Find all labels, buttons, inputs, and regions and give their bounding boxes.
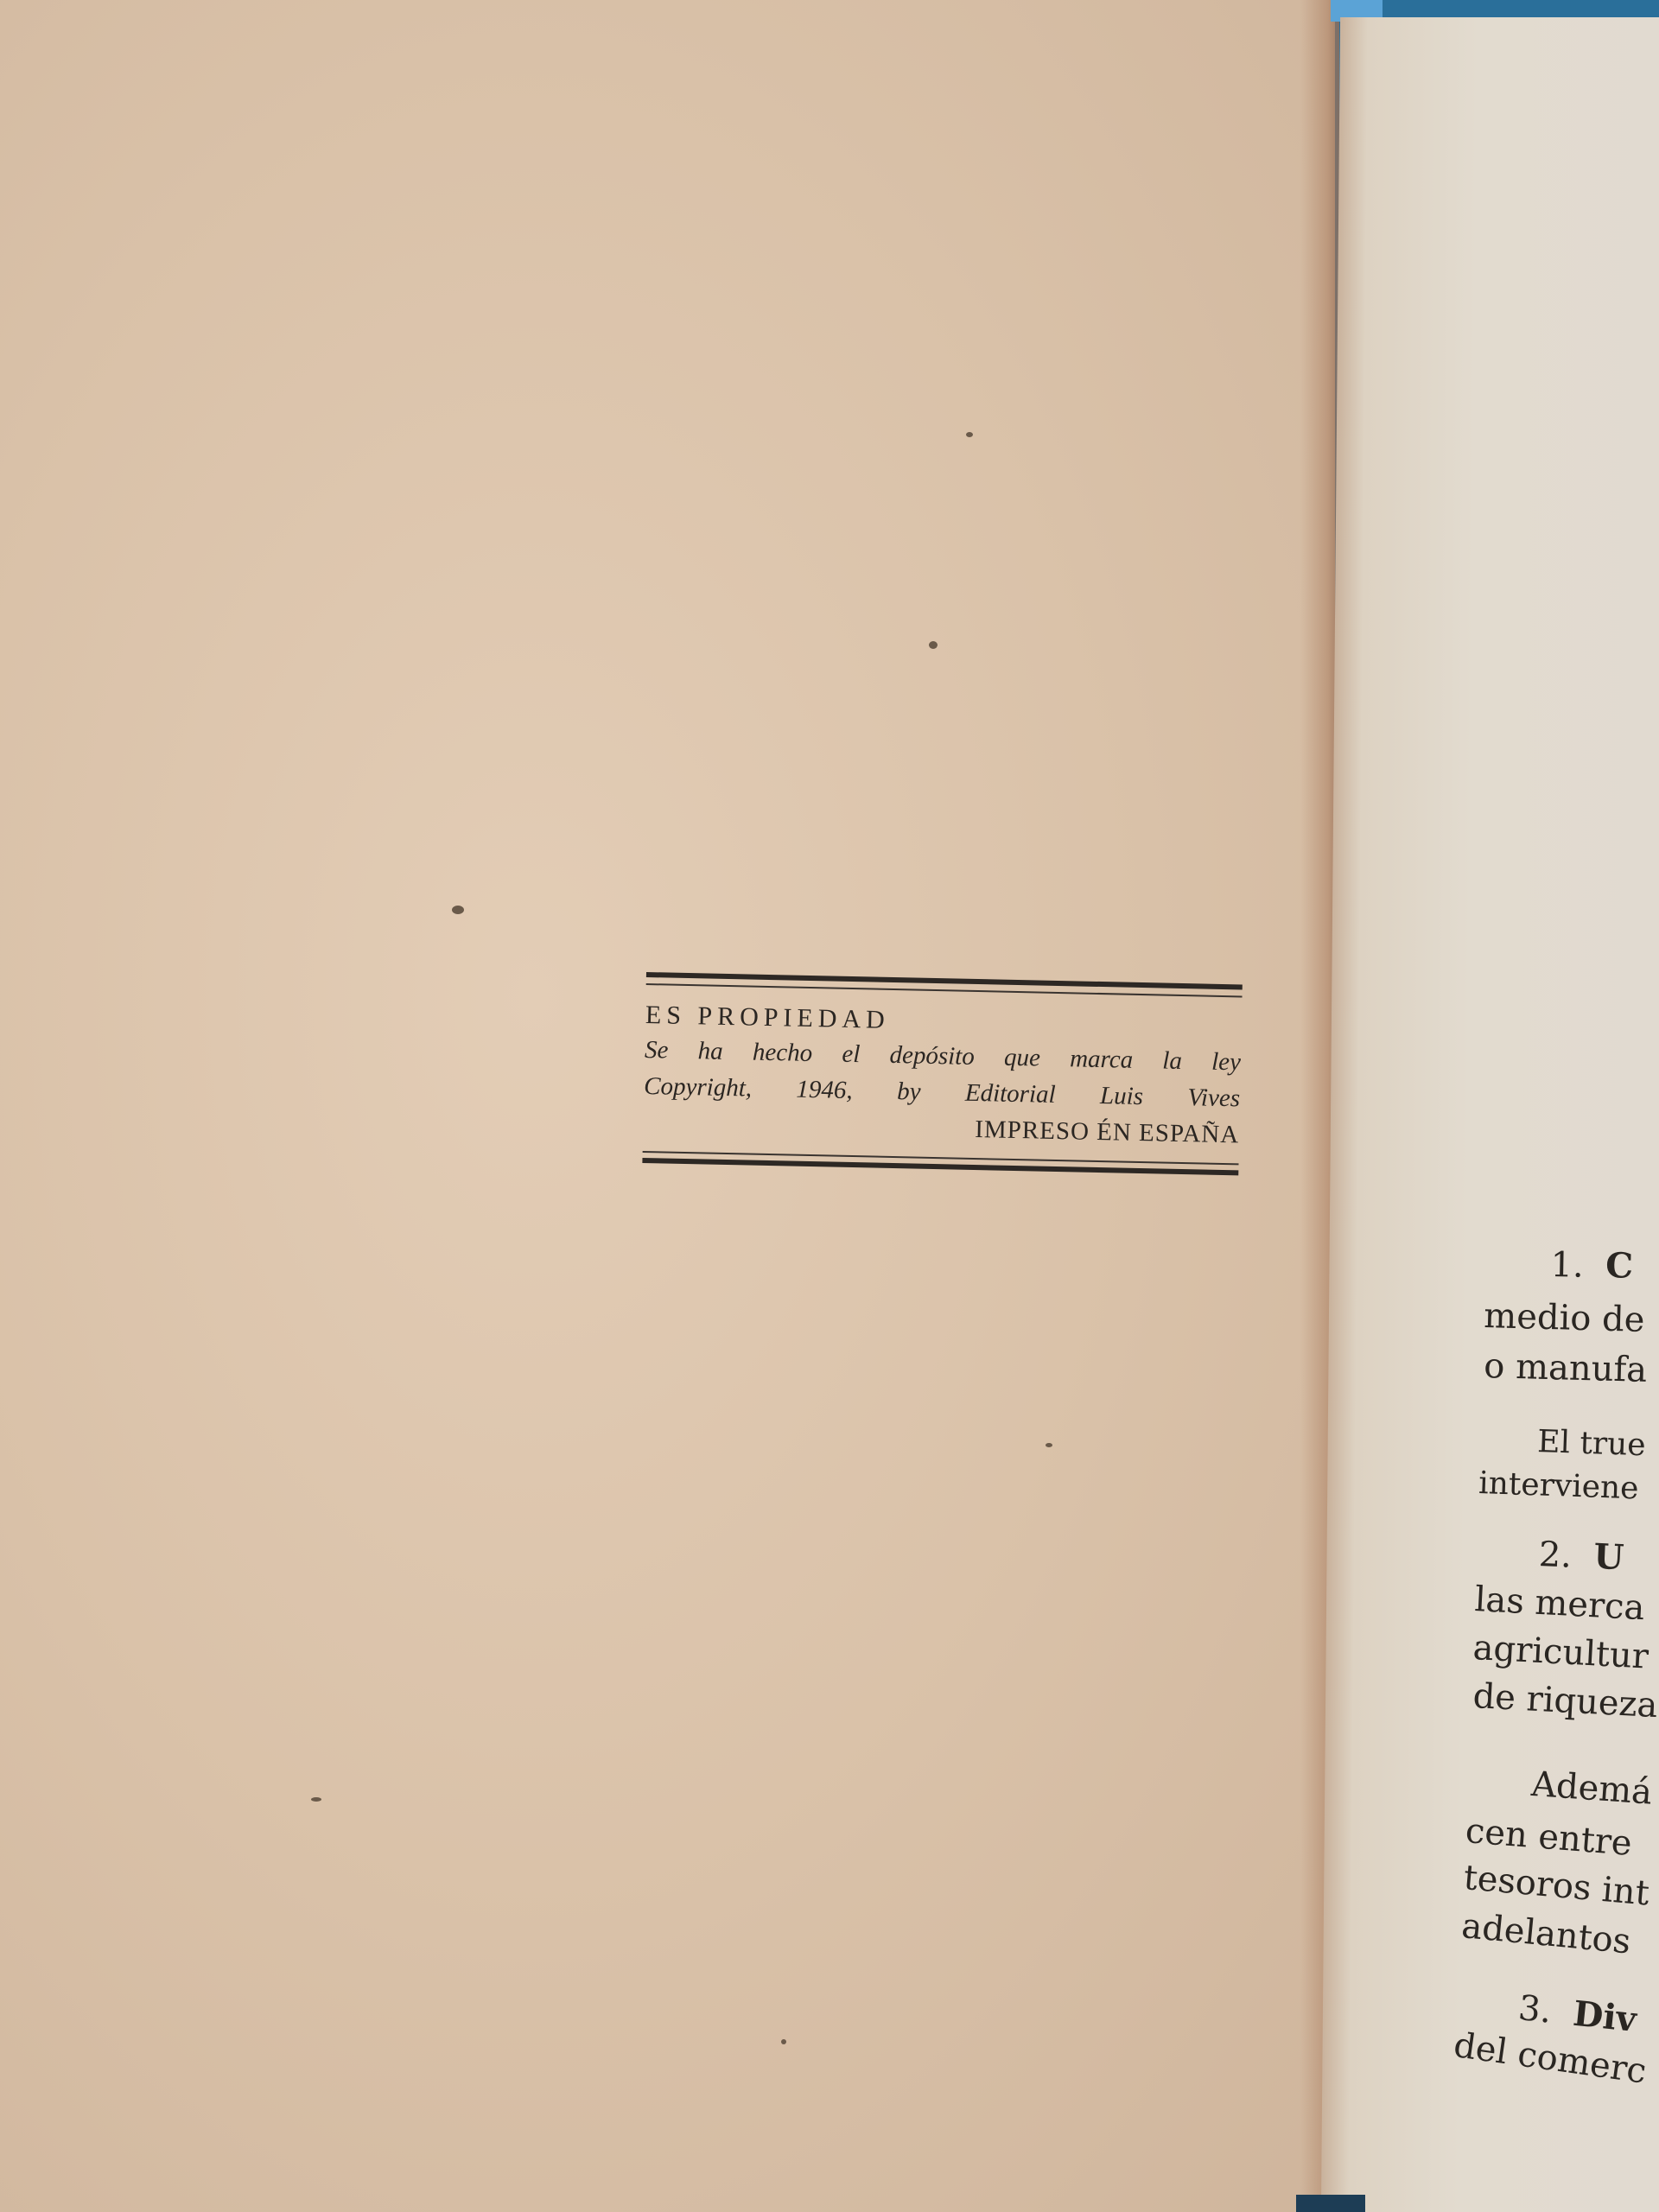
word: ha	[697, 1033, 723, 1070]
word: marca	[1070, 1040, 1134, 1078]
word: que	[1004, 1039, 1041, 1077]
paper-speck	[966, 432, 973, 437]
copyright-imprint-block: ES PROPIEDAD Se ha hecho el depósito que…	[642, 972, 1242, 1175]
section-1-heading: 1. C	[1550, 1244, 1633, 1287]
word: Se	[645, 1032, 669, 1069]
body-line: medio de	[1484, 1296, 1645, 1340]
section-2-heading: 2. U	[1538, 1534, 1624, 1578]
word: Editorial	[964, 1075, 1056, 1113]
body-line: interviene	[1478, 1465, 1640, 1506]
section-number: 2.	[1538, 1535, 1573, 1576]
paper-speck	[929, 641, 938, 649]
word: hecho	[752, 1034, 812, 1071]
word: Luis	[1100, 1077, 1144, 1115]
paper-speck	[781, 2039, 786, 2044]
section-number: 3.	[1516, 1988, 1554, 2031]
section-title: C	[1605, 1245, 1634, 1287]
word: ley	[1211, 1044, 1242, 1081]
word: la	[1162, 1043, 1182, 1079]
paper-speck	[1046, 1443, 1052, 1447]
word: el	[842, 1036, 861, 1072]
word: by	[897, 1073, 921, 1110]
section-title: Div	[1571, 1993, 1638, 2040]
body-line: Ademá	[1530, 1764, 1654, 1813]
word: 1946,	[796, 1071, 853, 1109]
body-line: o manufa	[1484, 1346, 1648, 1390]
paper-speck	[452, 906, 464, 914]
body-line: El true	[1537, 1424, 1647, 1463]
section-title: U	[1592, 1536, 1624, 1578]
word: Copyright,	[644, 1068, 753, 1107]
word: depósito	[889, 1037, 975, 1075]
book-cover-edge	[1296, 2195, 1365, 2212]
section-number: 1.	[1550, 1245, 1584, 1286]
word: Vives	[1187, 1079, 1241, 1116]
paper-speck	[311, 1797, 321, 1802]
